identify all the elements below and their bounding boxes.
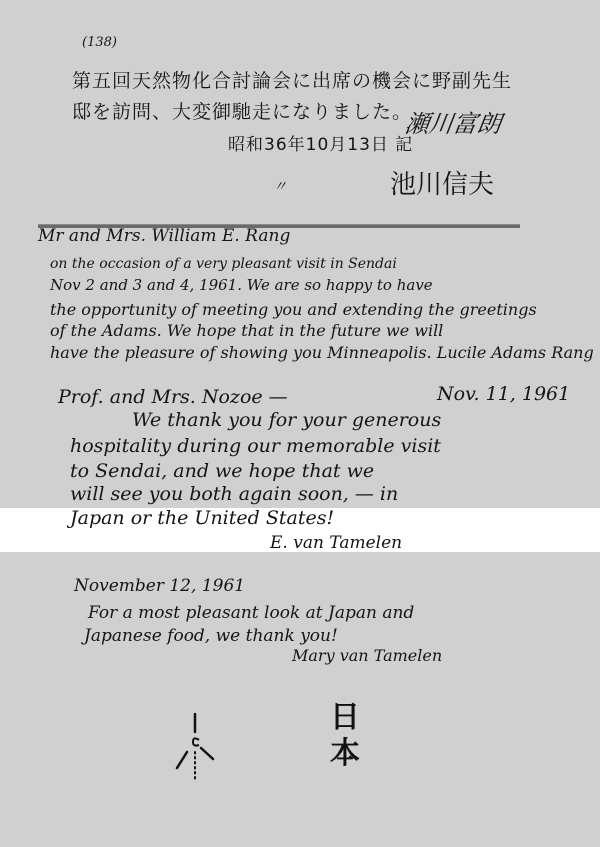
nozoe-letter-line: We thank you for your generous <box>132 411 441 430</box>
japanese-signature-1: 瀬川富朗 <box>403 112 502 136</box>
kanji-hon: 本 <box>330 736 360 772</box>
november-note-line: For a most pleasant look at Japan and <box>88 605 414 622</box>
japanese-text-line-2: 邸を訪問、大変御馳走になりました。 <box>72 103 412 122</box>
kanji-nihon: 日 本 <box>330 700 360 772</box>
november-note-date: November 12, 1961 <box>74 578 245 595</box>
nozoe-letter-line: Japan or the United States! <box>70 509 334 528</box>
ditto-mark: 〃 <box>273 180 287 194</box>
nozoe-letter-signature: E. van Tamelen <box>270 535 402 552</box>
nozoe-letter-line: will see you both again soon, — in <box>70 485 398 504</box>
rang-letter-line: Mr and Mrs. William E. Rang <box>38 228 290 245</box>
japanese-signature-2: 池川信夫 <box>390 172 494 198</box>
small-character-drawing <box>175 712 215 782</box>
kanji-hi: 日 <box>330 700 360 736</box>
nozoe-salutation: Prof. and Mrs. Nozoe — <box>58 388 288 407</box>
japanese-date: 昭和36年10月13日 記 <box>228 137 413 154</box>
rang-letter-line: of the Adams. We hope that in the future… <box>50 323 443 339</box>
november-note-signature: Mary van Tamelen <box>292 648 442 664</box>
rang-letter-line: Nov 2 and 3 and 4, 1961. We are so happy… <box>50 278 433 293</box>
page-number: (138) <box>82 36 117 49</box>
japanese-text-line-1: 第五回天然物化合討論会に出席の機会に野副先生 <box>72 72 512 91</box>
nozoe-letter-date: Nov. 11, 1961 <box>437 385 570 404</box>
nozoe-letter-line: to Sendai, and we hope that we <box>70 462 374 481</box>
rang-letter-line: on the occasion of a very pleasant visit… <box>50 257 397 271</box>
rang-letter-line: have the pleasure of showing you Minneap… <box>50 345 594 361</box>
november-note-line: Japanese food, we thank you! <box>84 628 338 645</box>
rang-letter-line: the opportunity of meeting you and exten… <box>50 302 537 318</box>
nozoe-letter-line: hospitality during our memorable visit <box>70 437 441 456</box>
